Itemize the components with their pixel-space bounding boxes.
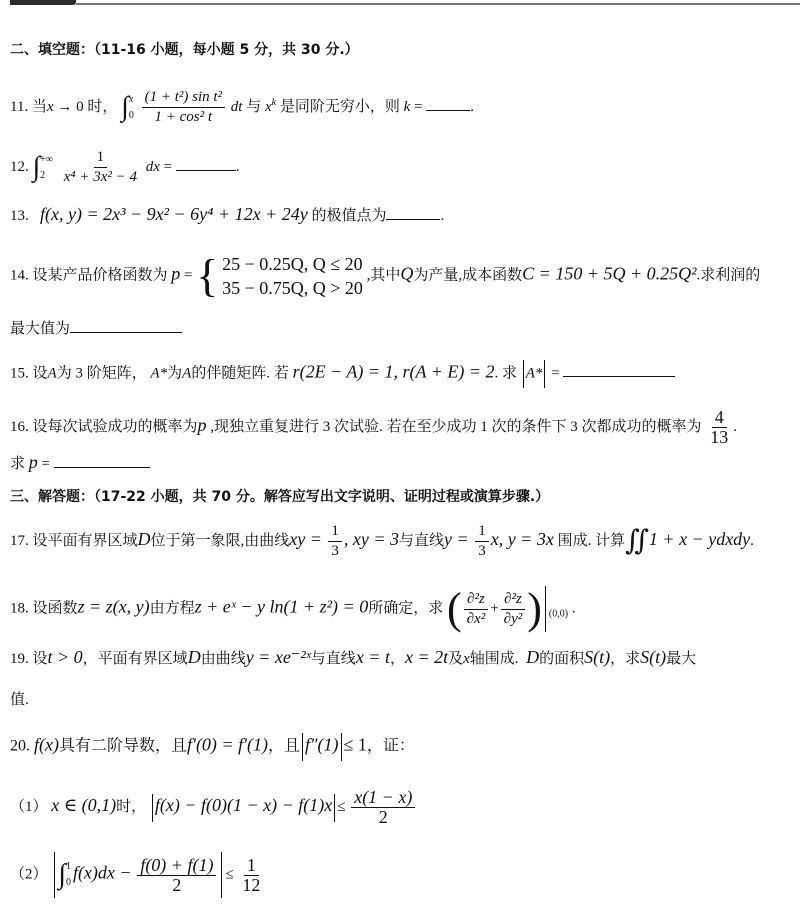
- question-20-part-2: （2） ∫10f(x)dx − f(0) + f(1)2≤ 112: [10, 852, 265, 898]
- window-top-bar: [0, 0, 800, 6]
- question-12: 12. ∫+∞2 1x⁴ + 3x² − 4 dx = .: [10, 148, 240, 187]
- fraction: (1 + t²) sin t²1 + cos² t: [142, 88, 225, 127]
- answer-blank-13[interactable]: [386, 205, 440, 220]
- top-divider: [76, 3, 800, 5]
- answer-blank-14[interactable]: [70, 318, 182, 333]
- fraction: 1x⁴ + 3x² − 4: [61, 148, 140, 187]
- question-16-line2: 求 p =: [10, 452, 150, 474]
- question-18: 18. 设函数z = z(x, y)由方程z + eˣ − y ln(1 + z…: [10, 586, 576, 632]
- integral-sign: ∫: [121, 92, 129, 123]
- question-14: 14. 设某产品价格函数为 p = { 25 − 0.25Q, Q ≤ 2035…: [10, 252, 760, 300]
- top-tab: [10, 0, 76, 5]
- question-14-line2: 最大值为: [10, 318, 182, 339]
- section-2-heading: 二、填空题：（11-16 小题，每小题 5 分，共 30 分.）: [10, 40, 359, 60]
- question-15: 15. 设A为 3 阶矩阵， A*为A的伴随矩阵. 若 r(2E − A) = …: [10, 360, 675, 388]
- question-16: 16. 设每次试验成功的概率为p ,现独立重复进行 3 次试验. 若在至少成功 …: [10, 408, 737, 447]
- piecewise-cases: 25 − 0.25Q, Q ≤ 2035 − 0.75Q, Q > 20: [222, 252, 363, 300]
- fraction: 413: [707, 408, 731, 447]
- question-11: 11. 当x → 0 时， ∫x0 (1 + t²) sin t²1 + cos…: [10, 88, 474, 127]
- double-integral-sign: ∬: [625, 526, 649, 557]
- integral-sign: ∫: [33, 152, 41, 183]
- question-20: 20. f(x)具有二阶导数，且f′(0) = f′(1)，且f″(1)≤ 1，…: [10, 733, 415, 761]
- question-17: 17. 设平面有界区域D位于第一象限,由曲线xy = 13, xy = 3与直线…: [10, 522, 754, 561]
- question-19: 19. 设t > 0，平面有界区域D由曲线y = xe⁻²ˣ与直线x = t，x…: [10, 647, 696, 669]
- answer-blank-16[interactable]: [54, 453, 150, 468]
- answer-blank-11[interactable]: [426, 96, 470, 111]
- section-3-heading: 三、解答题：（17-22 小题，共 70 分。解答应写出文字说明、证明过程或演算…: [10, 487, 549, 507]
- question-19-line2: 值.: [10, 690, 29, 710]
- answer-blank-12[interactable]: [176, 156, 236, 171]
- answer-blank-15[interactable]: [563, 362, 675, 377]
- question-13: 13. f(x, y) = 2x³ − 9x² − 6y⁴ + 12x + 24…: [10, 204, 444, 226]
- question-20-part-1: （1） x ∈ (0,1)时， f(x) − f(0)(1 − x) − f(1…: [10, 788, 417, 827]
- left-brace: {: [196, 250, 218, 301]
